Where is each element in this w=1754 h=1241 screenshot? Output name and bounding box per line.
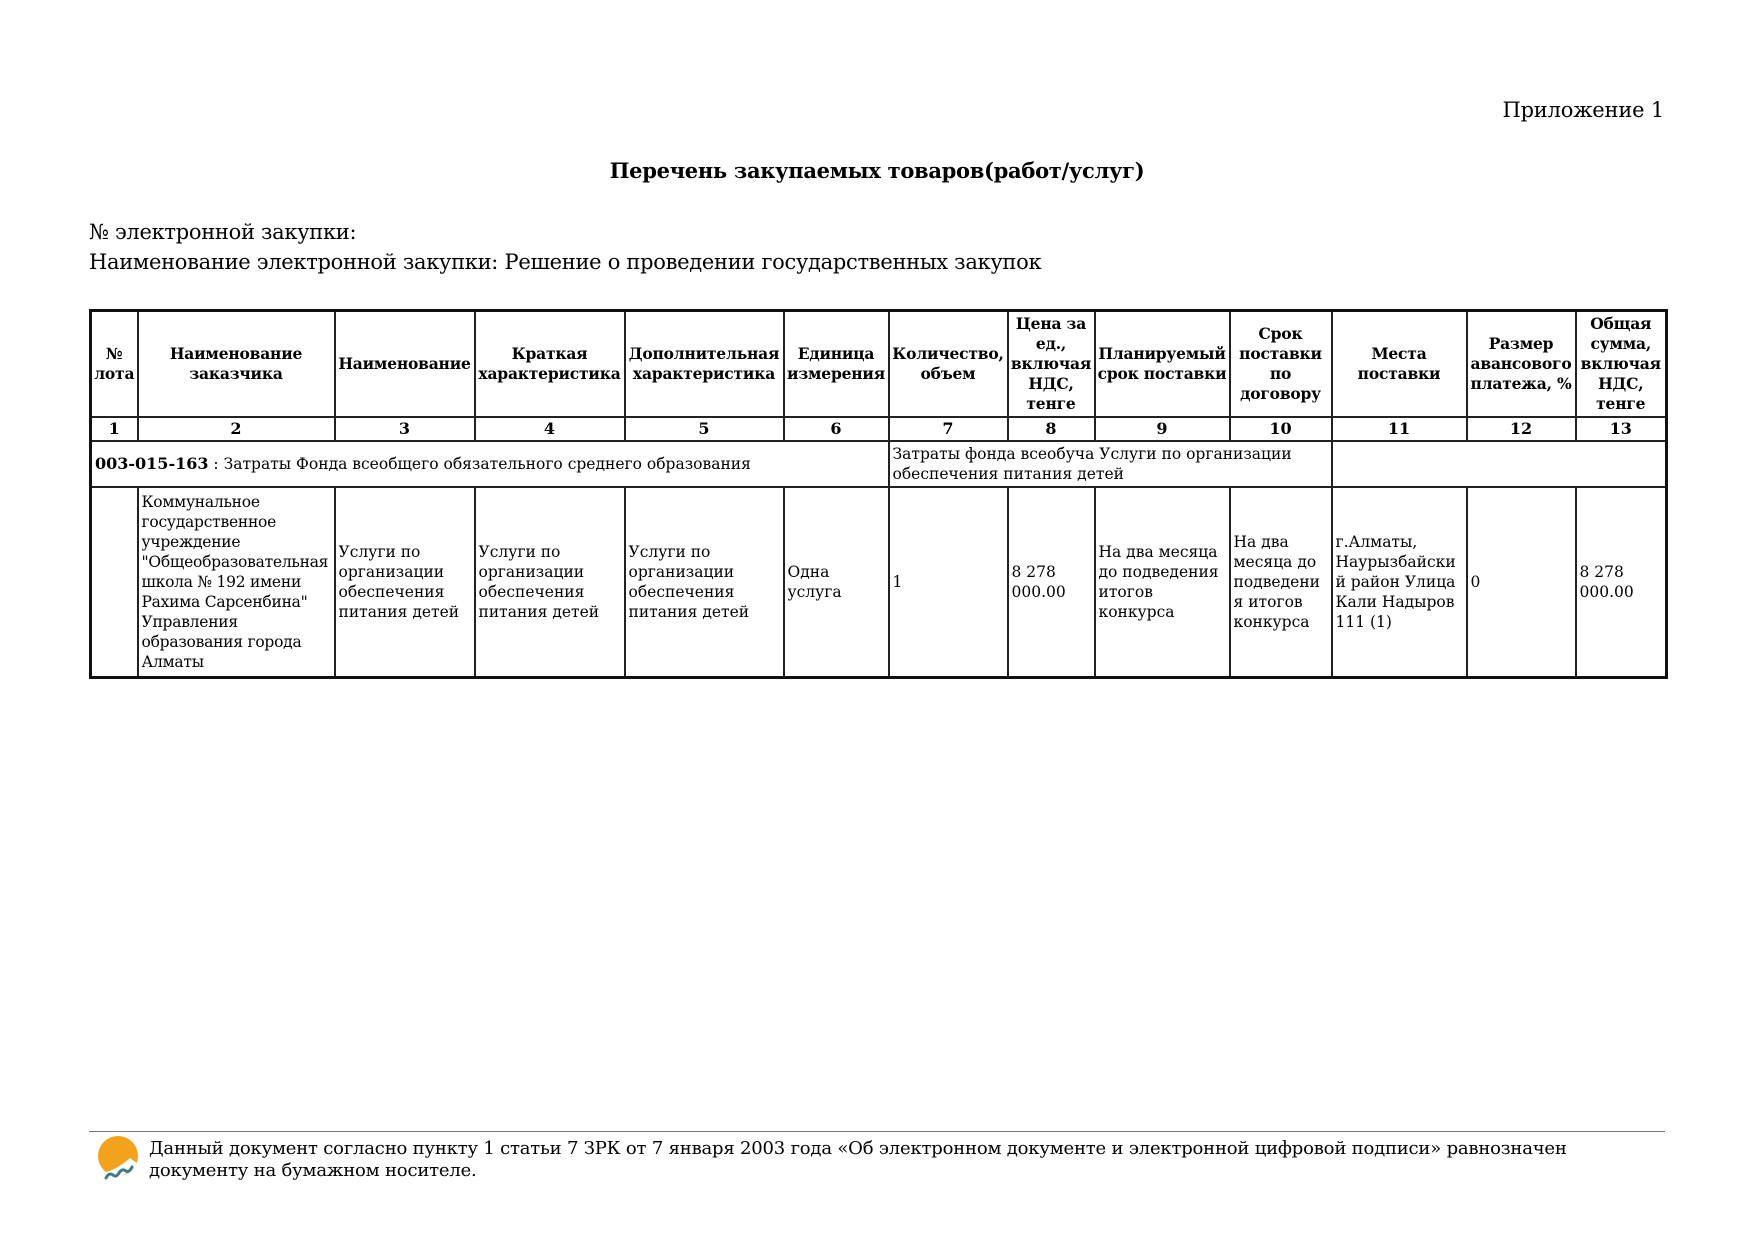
column-number: 11 xyxy=(1332,417,1467,441)
header-planned-delivery: Планируемый срок поставки xyxy=(1095,311,1230,418)
footer-divider xyxy=(89,1131,1665,1132)
cell-planned-delivery: На два месяца до подведения итогов конку… xyxy=(1095,487,1230,678)
cell-unit: Одна услуга xyxy=(784,487,889,678)
cell-name: Услуги по организации обеспечения питани… xyxy=(335,487,475,678)
page-title: Перечень закупаемых товаров(работ/услуг) xyxy=(0,158,1754,183)
cell-customer: Коммунальное государственное учреждение … xyxy=(138,487,335,678)
column-number: 7 xyxy=(889,417,1008,441)
header-total-amount: Общая сумма, включая НДС, тенге xyxy=(1576,311,1667,418)
cell-additional-description: Услуги по организации обеспечения питани… xyxy=(625,487,784,678)
budget-section-description: Затраты фонда всеобуча Услуги по организ… xyxy=(889,441,1332,487)
table-header-row: № лота Наименование заказчика Наименован… xyxy=(91,311,1667,418)
appendix-label: Приложение 1 xyxy=(1502,98,1664,122)
cell-short-description: Услуги по организации обеспечения питани… xyxy=(475,487,625,678)
header-contract-delivery: Срок поставки по договору xyxy=(1230,311,1332,418)
cell-advance-percent: 0 xyxy=(1467,487,1576,678)
footer-legal-notice: Данный документ согласно пункту 1 статьи… xyxy=(149,1138,1669,1182)
header-delivery-place: Места поставки xyxy=(1332,311,1467,418)
column-number: 4 xyxy=(475,417,625,441)
header-unit-price: Цена за ед., включая НДС, тенге xyxy=(1008,311,1095,418)
column-number: 6 xyxy=(784,417,889,441)
column-number: 8 xyxy=(1008,417,1095,441)
header-additional-description: Дополнительная характеристика xyxy=(625,311,784,418)
column-number-row: 1 2 3 4 5 6 7 8 9 10 11 12 13 xyxy=(91,417,1667,441)
column-number: 9 xyxy=(1095,417,1230,441)
budget-section-row: 003-015-163 : Затраты Фонда всеобщего об… xyxy=(91,441,1667,487)
egov-logo-icon xyxy=(92,1134,140,1182)
header-short-description: Краткая характеристика xyxy=(475,311,625,418)
procurement-number-line: № электронной закупки: xyxy=(89,220,356,244)
header-unit: Единица измерения xyxy=(784,311,889,418)
header-lot-number: № лота xyxy=(91,311,138,418)
procurement-name-value: Решение о проведении государственных зак… xyxy=(504,250,1041,274)
procurement-items-table: № лота Наименование заказчика Наименован… xyxy=(89,309,1668,679)
cell-delivery-place: г.Алматы, Наурызбайский район Улица Кали… xyxy=(1332,487,1467,678)
column-number: 3 xyxy=(335,417,475,441)
column-number: 5 xyxy=(625,417,784,441)
column-number: 2 xyxy=(138,417,335,441)
budget-section-title: 003-015-163 : Затраты Фонда всеобщего об… xyxy=(91,441,889,487)
procurement-number-label: № электронной закупки: xyxy=(89,220,356,244)
header-advance-percent: Размер авансового платежа, % xyxy=(1467,311,1576,418)
budget-section-separator: : xyxy=(208,455,223,473)
cell-unit-price: 8 278 000.00 xyxy=(1008,487,1095,678)
budget-program-code: 003-015-163 xyxy=(95,454,208,473)
table-row: Коммунальное государственное учреждение … xyxy=(91,487,1667,678)
budget-program-name: Затраты Фонда всеобщего обязательного ср… xyxy=(224,455,751,473)
budget-section-extra xyxy=(1332,441,1667,487)
cell-quantity: 1 xyxy=(889,487,1008,678)
header-quantity: Количество, объем xyxy=(889,311,1008,418)
column-number: 1 xyxy=(91,417,138,441)
cell-total-amount: 8 278 000.00 xyxy=(1576,487,1667,678)
header-name: Наименование xyxy=(335,311,475,418)
procurement-name-line: Наименование электронной закупки: Решени… xyxy=(89,250,1041,274)
cell-lot-number xyxy=(91,487,138,678)
column-number: 12 xyxy=(1467,417,1576,441)
header-customer: Наименование заказчика xyxy=(138,311,335,418)
cell-contract-delivery: На два месяца до подведения итогов конку… xyxy=(1230,487,1332,678)
column-number: 10 xyxy=(1230,417,1332,441)
procurement-name-label: Наименование электронной закупки: xyxy=(89,250,498,274)
column-number: 13 xyxy=(1576,417,1667,441)
